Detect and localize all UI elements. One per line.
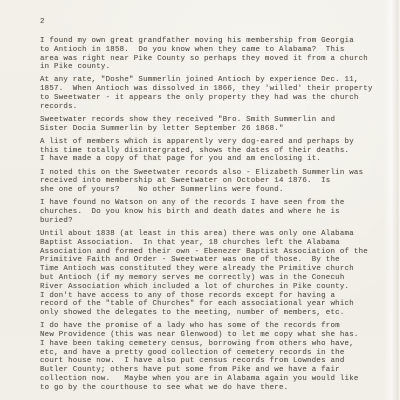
letter-paragraph: I do have the promise of a lady who has … — [40, 322, 384, 392]
letter-paragraph: Sweetwater records show they received "B… — [40, 116, 384, 134]
letter-paragraph: A list of members which is apparently ve… — [40, 138, 384, 164]
scan-edge-artifact — [384, 0, 400, 400]
page-number: 2 — [40, 18, 45, 27]
letter-paragraph: Until about 1838 (at least in this area)… — [40, 230, 384, 318]
letter-paragraph: I noted this on the Sweetwater records a… — [40, 169, 384, 195]
letter-body: I found my own great grandfather moving … — [40, 37, 384, 397]
letter-paragraph: At any rate, "Doshe" Summerlin joined An… — [40, 76, 384, 111]
letter-paragraph: I found my own great grandfather moving … — [40, 37, 384, 72]
letter-paragraph: I have found no Watson on any of the rec… — [40, 199, 384, 225]
scanned-letter-page: 2 I found my own great grandfather movin… — [0, 0, 400, 400]
